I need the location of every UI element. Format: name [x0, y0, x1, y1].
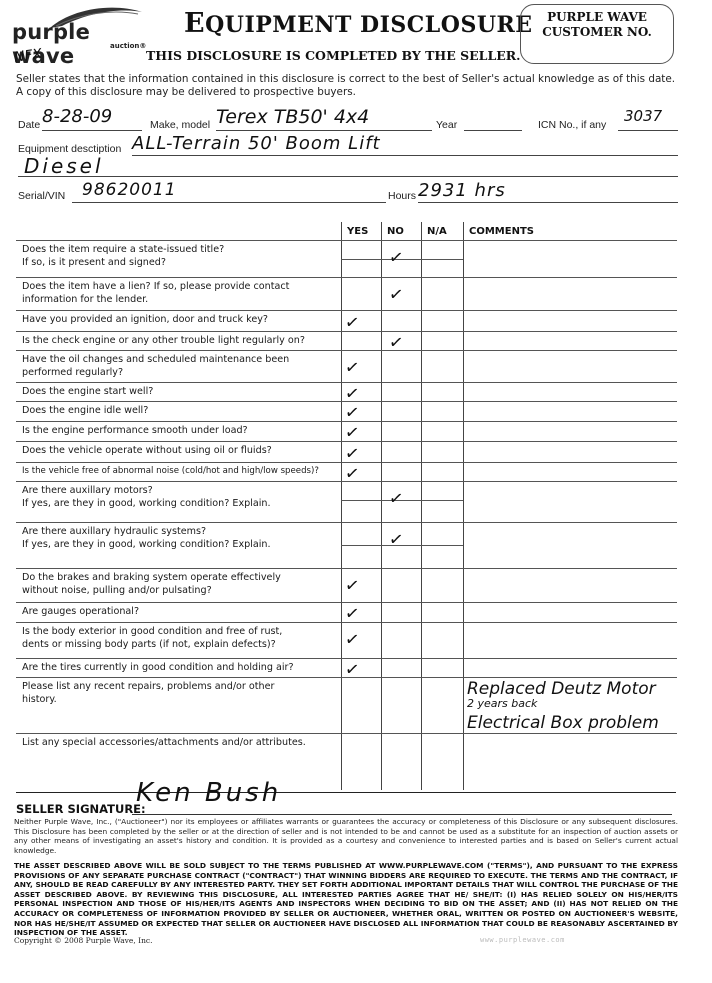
- year-field[interactable]: [464, 106, 522, 131]
- comment-cell[interactable]: [463, 240, 677, 277]
- answer-cell-na[interactable]: [421, 677, 461, 733]
- question-text: List any special accessories/attachments…: [22, 736, 306, 749]
- question-text: Does the item require a state-issued tit…: [22, 243, 224, 269]
- date-field[interactable]: 8-28-09: [42, 106, 142, 131]
- customer-number-box[interactable]: PURPLE WAVE CUSTOMER NO.: [520, 4, 674, 64]
- intro-text: Seller states that the information conta…: [16, 73, 706, 99]
- page-title-rest: QUIPMENT DISCLOSURE: [205, 12, 532, 38]
- answer-cell-yes[interactable]: [341, 382, 381, 401]
- terms-text: THE ASSET DESCRIBED ABOVE WILL BE SOLD S…: [14, 861, 678, 938]
- answer-cell-na[interactable]: [421, 602, 461, 622]
- answer-cell-na[interactable]: [421, 401, 461, 421]
- comment-cell[interactable]: [463, 401, 677, 421]
- make-model-label: Make, model: [150, 119, 210, 131]
- answer-cell-yes[interactable]: [341, 522, 381, 568]
- answer-cell-na[interactable]: [421, 421, 461, 441]
- answer-cell-yes[interactable]: [341, 350, 381, 382]
- answer-cell-na[interactable]: [421, 277, 461, 310]
- hours-label: Hours: [388, 190, 416, 202]
- question-text: Are gauges operational?: [22, 605, 139, 618]
- answer-cell-yes[interactable]: [341, 310, 381, 331]
- comment-cell[interactable]: [463, 481, 677, 522]
- copyright-text: Copyright © 2008 Purple Wave, Inc.: [14, 936, 153, 945]
- question-text: Have you provided an ignition, door and …: [22, 313, 268, 326]
- column-header-no: NO: [387, 226, 404, 237]
- field-row-1: Date 8-28-09 Make, model Terex TB50' 4x4…: [18, 106, 678, 132]
- description-field[interactable]: ALL-Terrain 50' Boom Lift: [132, 133, 678, 156]
- logo-subtext: auction®: [110, 42, 146, 50]
- seller-signature-label: SELLER SIGNATURE:: [16, 802, 146, 816]
- seller-signature-field[interactable]: Ken Bush: [132, 772, 672, 815]
- answer-cell-no[interactable]: [381, 677, 421, 733]
- answer-cell-yes[interactable]: [341, 622, 381, 658]
- answer-cell-yes[interactable]: [341, 481, 381, 522]
- answer-cell-yes[interactable]: [341, 462, 381, 481]
- answer-cell-no[interactable]: [381, 331, 421, 350]
- question-text: Does the item have a lien? If so, please…: [22, 280, 289, 306]
- column-header-na: N/A: [427, 226, 447, 237]
- question-text: Is the vehicle free of abnormal noise (c…: [22, 465, 319, 478]
- comment-cell[interactable]: [463, 602, 677, 622]
- answer-cell-no[interactable]: [381, 441, 421, 462]
- field-row-3: Serial/VIN 98620011 Hours 2931 hrs: [18, 180, 678, 204]
- icn-label: ICN No., if any: [538, 119, 606, 131]
- question-text: Have the oil changes and scheduled maint…: [22, 353, 289, 379]
- answer-cell-no[interactable]: [381, 240, 421, 277]
- answer-cell-na[interactable]: [421, 350, 461, 382]
- description-field-line-2[interactable]: Diesel: [18, 154, 678, 177]
- seller-signature-value: Ken Bush: [136, 778, 281, 808]
- page-subtitle: THIS DISCLOSURE IS COMPLETED BY THE SELL…: [146, 48, 521, 63]
- answer-cell-no[interactable]: [381, 421, 421, 441]
- answer-cell-yes[interactable]: [341, 441, 381, 462]
- comment-cell[interactable]: [463, 331, 677, 350]
- answer-cell-no[interactable]: [381, 277, 421, 310]
- comment-cell[interactable]: [463, 310, 677, 331]
- answer-cell-no[interactable]: [381, 522, 421, 568]
- year-label: Year: [436, 119, 457, 131]
- answer-cell-no[interactable]: [381, 481, 421, 522]
- comment-cell[interactable]: [463, 277, 677, 310]
- question-text: Is the engine performance smooth under l…: [22, 424, 248, 437]
- logo: purple wave auction®: [10, 4, 145, 48]
- watermark-text: www.purplewave.com: [480, 936, 565, 944]
- column-header-yes: YES: [347, 226, 368, 237]
- question-text: Is the check engine or any other trouble…: [22, 334, 305, 347]
- answer-cell-na[interactable]: [421, 622, 461, 658]
- answer-cell-na[interactable]: [421, 331, 461, 350]
- column-header-comments: COMMENTS: [469, 226, 534, 237]
- question-text: Are there auxillary hydraulic systems?If…: [22, 525, 271, 551]
- answer-cell-yes[interactable]: [341, 277, 381, 310]
- question-text: Are the tires currently in good conditio…: [22, 661, 294, 674]
- answer-cell-na[interactable]: [421, 462, 461, 481]
- serial-field[interactable]: 98620011: [72, 180, 386, 203]
- answer-cell-na[interactable]: [421, 310, 461, 331]
- question-text: Does the vehicle operate without using o…: [22, 444, 272, 457]
- comment-cell[interactable]: [463, 658, 677, 677]
- answer-cell-no[interactable]: [381, 622, 421, 658]
- comment-cell[interactable]: [463, 350, 677, 382]
- comment-cell[interactable]: [463, 421, 677, 441]
- answer-cell-yes[interactable]: [341, 677, 381, 733]
- answer-cell-yes[interactable]: [341, 568, 381, 602]
- question-text: Does the engine idle well?: [22, 404, 148, 417]
- page-title: EQUIPMENT DISCLOSURE: [184, 8, 533, 39]
- comment-cell[interactable]: [463, 462, 677, 481]
- comment-cell[interactable]: [463, 622, 677, 658]
- comment-cell[interactable]: [463, 382, 677, 401]
- answer-cell-no[interactable]: [381, 602, 421, 622]
- answer-cell-yes[interactable]: [341, 331, 381, 350]
- answer-cell-na[interactable]: [421, 481, 461, 522]
- answer-cell-no[interactable]: [381, 568, 421, 602]
- comment-cell[interactable]: [463, 568, 677, 602]
- answer-cell-na[interactable]: [421, 441, 461, 462]
- comment-cell[interactable]: [463, 677, 677, 733]
- comment-cell[interactable]: [463, 522, 677, 568]
- answer-cell-yes[interactable]: [341, 421, 381, 441]
- answer-cell-na[interactable]: [421, 240, 461, 277]
- answer-cell-no[interactable]: [381, 310, 421, 331]
- customer-number-label: PURPLE WAVE CUSTOMER NO.: [521, 10, 673, 40]
- make-model-field[interactable]: Terex TB50' 4x4: [216, 106, 432, 131]
- answer-cell-na[interactable]: [421, 522, 461, 568]
- answer-cell-no[interactable]: [381, 401, 421, 421]
- question-text: Do the brakes and braking system operate…: [22, 571, 281, 597]
- answer-cell-na[interactable]: [421, 382, 461, 401]
- icn-field[interactable]: 3037: [618, 106, 678, 131]
- question-text: Please list any recent repairs, problems…: [22, 680, 274, 706]
- answer-cell-yes[interactable]: [341, 240, 381, 277]
- answer-cell-yes[interactable]: [341, 401, 381, 421]
- comment-cell[interactable]: [463, 441, 677, 462]
- question-text: Does the engine start well?: [22, 385, 153, 398]
- date-label: Date: [18, 119, 40, 131]
- question-text: Are there auxillary motors?If yes, are t…: [22, 484, 271, 510]
- hours-field[interactable]: 2931 hrs: [418, 180, 678, 203]
- answer-cell-yes[interactable]: [341, 602, 381, 622]
- answer-cell-yes[interactable]: [341, 658, 381, 677]
- answer-cell-no[interactable]: [381, 462, 421, 481]
- serial-label: Serial/VIN: [18, 190, 65, 202]
- answer-cell-no[interactable]: [381, 350, 421, 382]
- answer-cell-no[interactable]: [381, 382, 421, 401]
- question-text: Is the body exterior in good condition a…: [22, 625, 282, 651]
- page-title-initial: E: [184, 8, 205, 39]
- answer-cell-na[interactable]: [421, 568, 461, 602]
- answer-cell-no[interactable]: [381, 658, 421, 677]
- answer-cell-na[interactable]: [421, 658, 461, 677]
- disclaimer-text: Neither Purple Wave, Inc., ("Auctioneer"…: [14, 817, 678, 855]
